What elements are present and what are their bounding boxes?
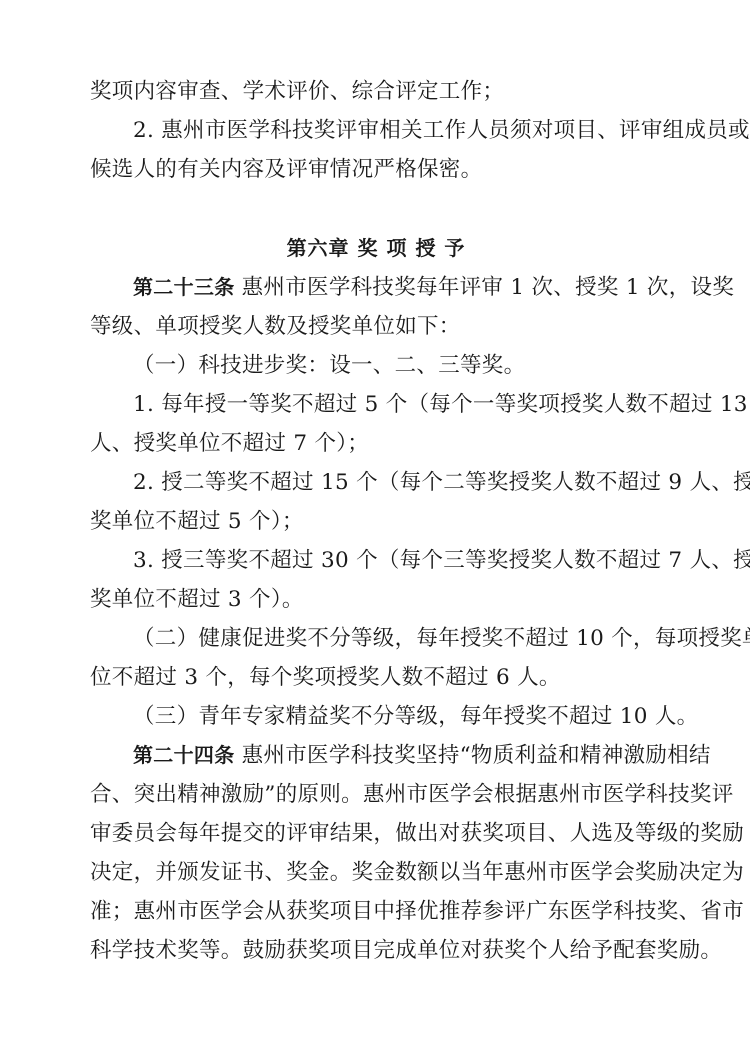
item-2-line-1: 2. 授二等奖不超过 15 个（每个二等奖授奖人数不超过 9 人、授 bbox=[90, 463, 662, 502]
article-24-heading: 第二十四条 bbox=[133, 743, 235, 767]
section-1-title: （一）科技进步奖：设一、二、三等奖。 bbox=[90, 346, 662, 385]
chapter-title: 第六章 奖 项 授 予 bbox=[90, 229, 662, 268]
section-2-line-1: （二）健康促进奖不分等级，每年授奖不超过 10 个，每项授奖单 bbox=[90, 619, 662, 658]
item-1-line-2: 人、授奖单位不超过 7 个）； bbox=[90, 424, 662, 463]
article-23-line-2: 等级、单项授奖人数及授奖单位如下： bbox=[90, 307, 662, 346]
article-23-text: 惠州市医学科技奖每年评审 1 次、授奖 1 次，设奖 bbox=[235, 275, 735, 300]
article-24-line-3: 审委员会每年提交的评审结果，做出对获奖项目、人选及等级的奖励 bbox=[90, 814, 662, 853]
article-24-text: 惠州市医学科技奖坚持“物质利益和精神激励相结 bbox=[235, 743, 711, 768]
article-24-line-1: 第二十四条 惠州市医学科技奖坚持“物质利益和精神激励相结 bbox=[90, 736, 662, 775]
section-2-line-2: 位不超过 3 个，每个奖项授奖人数不超过 6 人。 bbox=[90, 658, 662, 697]
article-24-line-5: 准；惠州市医学会从获奖项目中择优推荐参评广东医学科技奖、省市 bbox=[90, 892, 662, 931]
article-24-line-6: 科学技术奖等。鼓励获奖项目完成单位对获奖个人给予配套奖励。 bbox=[90, 931, 662, 970]
intro-line-1: 奖项内容审查、学术评价、综合评定工作； bbox=[90, 72, 662, 111]
document-page: 奖项内容审查、学术评价、综合评定工作； 2. 惠州市医学科技奖评审相关工作人员须… bbox=[90, 72, 662, 970]
article-23-line-1: 第二十三条 惠州市医学科技奖每年评审 1 次、授奖 1 次，设奖 bbox=[90, 268, 662, 307]
section-3: （三）青年专家精益奖不分等级，每年授奖不超过 10 人。 bbox=[90, 697, 662, 736]
item-3-line-2: 奖单位不超过 3 个）。 bbox=[90, 580, 662, 619]
intro-line-3: 候选人的有关内容及评审情况严格保密。 bbox=[90, 150, 662, 189]
article-23-heading: 第二十三条 bbox=[133, 275, 235, 299]
intro-line-2: 2. 惠州市医学科技奖评审相关工作人员须对项目、评审组成员或 bbox=[90, 111, 662, 150]
item-2-line-2: 奖单位不超过 5 个）； bbox=[90, 502, 662, 541]
item-3-line-1: 3. 授三等奖不超过 30 个（每个三等奖授奖人数不超过 7 人、授 bbox=[90, 541, 662, 580]
article-24-line-4: 决定，并颁发证书、奖金。奖金数额以当年惠州市医学会奖励决定为 bbox=[90, 853, 662, 892]
article-24-line-2: 合、突出精神激励”的原则。惠州市医学会根据惠州市医学科技奖评 bbox=[90, 775, 662, 814]
item-1-line-1: 1. 每年授一等奖不超过 5 个（每个一等奖项授奖人数不超过 13 bbox=[90, 385, 662, 424]
